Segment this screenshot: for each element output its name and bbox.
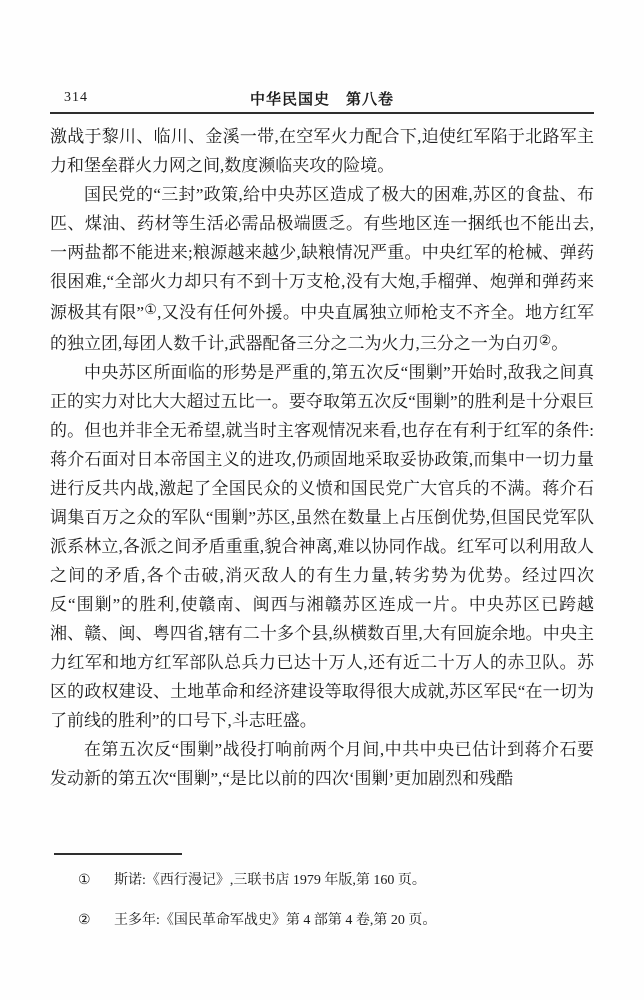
body-text: 激战于黎川、临川、金溪一带,在空军火力配合下,迫使红军陷于北路军主力和堡垒群火力…: [50, 122, 594, 793]
paragraph-2: 国民党的“三封”政策,给中央苏区造成了极大的困难,苏区的食盐、布匹、煤油、药材等…: [50, 180, 594, 358]
footnote-marker-1: ①: [78, 867, 114, 895]
footnote-item-1: ① 斯诺:《西行漫记》,三联书店 1979 年版,第 160 页。: [50, 867, 594, 895]
footnote-marker-2: ②: [78, 907, 114, 935]
page-number: 314: [64, 90, 88, 106]
header-rule: [50, 112, 594, 114]
footnote-text-2: 王多年:《国民革命军战史》第 4 部第 4 卷,第 20 页。: [114, 907, 594, 935]
paragraph-1: 激战于黎川、临川、金溪一带,在空军火力配合下,迫使红军陷于北路军主力和堡垒群火力…: [50, 122, 594, 180]
footnote-separator: [54, 853, 182, 855]
footnote-item-2: ② 王多年:《国民革命军战史》第 4 部第 4 卷,第 20 页。: [50, 907, 594, 935]
page-header: 314 中华民国史 第八卷: [50, 88, 594, 108]
paragraph-3: 中央苏区所面临的形势是严重的,第五次反“围剿”开始时,敌我之间真正的实力对比大大…: [50, 358, 594, 735]
paragraph-4: 在第五次反“围剿”战役打响前两个月间,中共中央已估计到蒋介石要发动新的第五次“围…: [50, 735, 594, 793]
footnote-text-1: 斯诺:《西行漫记》,三联书店 1979 年版,第 160 页。: [114, 867, 594, 895]
book-page: 314 中华民国史 第八卷 激战于黎川、临川、金溪一带,在空军火力配合下,迫使红…: [0, 0, 644, 1000]
running-title: 中华民国史 第八卷: [50, 88, 594, 109]
page-content: 314 中华民国史 第八卷 激战于黎川、临川、金溪一带,在空军火力配合下,迫使红…: [50, 88, 594, 793]
footnote-area: ① 斯诺:《西行漫记》,三联书店 1979 年版,第 160 页。 ② 王多年:…: [50, 853, 594, 935]
